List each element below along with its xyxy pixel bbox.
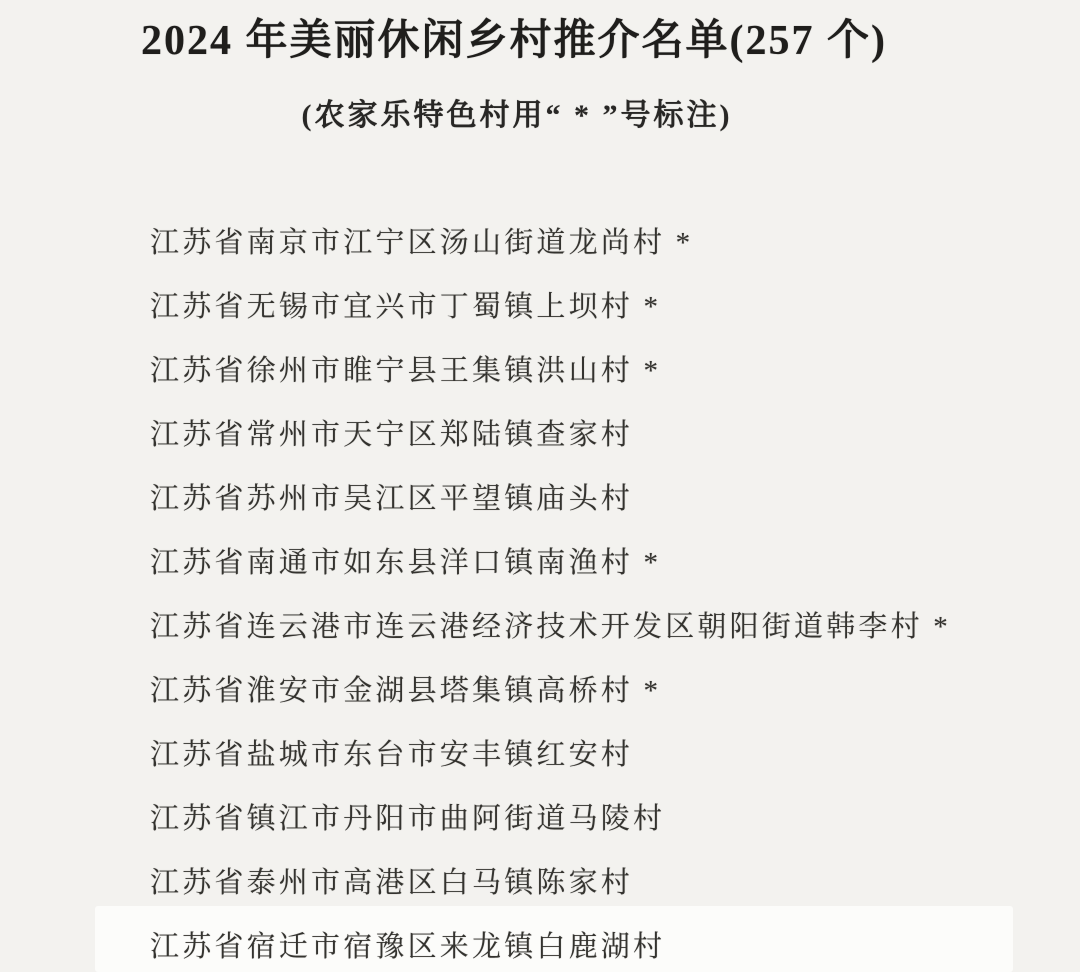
village-list-item: 江苏省南京市江宁区汤山街道龙尚村 * [150,208,1080,272]
village-list-item: 江苏省无锡市宜兴市丁蜀镇上坝村 * [150,272,1080,336]
village-list-item: 江苏省盐城市东台市安丰镇红安村 [150,720,1080,784]
village-list-item: 江苏省淮安市金湖县塔集镇高桥村 * [150,656,1080,720]
village-list-item: 江苏省泰州市高港区白马镇陈家村 [150,848,1080,912]
document-content: 2024 年美丽休闲乡村推介名单(257 个) (农家乐特色村用“ * ”号标注… [0,0,1080,972]
document-subtitle: (农家乐特色村用“ * ”号标注) [0,96,1080,136]
village-list: 江苏省南京市江宁区汤山街道龙尚村 * 江苏省无锡市宜兴市丁蜀镇上坝村 * 江苏省… [0,208,1080,972]
village-list-item: 江苏省徐州市睢宁县王集镇洪山村 * [150,336,1080,400]
village-list-item: 江苏省镇江市丹阳市曲阿街道马陵村 [150,784,1080,848]
village-list-item: 江苏省宿迁市宿豫区来龙镇白鹿湖村 [150,912,1080,972]
village-list-item: 江苏省南通市如东县洋口镇南渔村 * [150,528,1080,592]
scanned-document-page: 2024 年美丽休闲乡村推介名单(257 个) (农家乐特色村用“ * ”号标注… [0,0,1080,972]
document-title: 2024 年美丽休闲乡村推介名单(257 个) [0,0,1080,66]
village-list-item: 江苏省连云港市连云港经济技术开发区朝阳街道韩李村 * [150,592,1080,656]
village-list-item: 江苏省苏州市吴江区平望镇庙头村 [150,464,1080,528]
village-list-item: 江苏省常州市天宁区郑陆镇查家村 [150,400,1080,464]
